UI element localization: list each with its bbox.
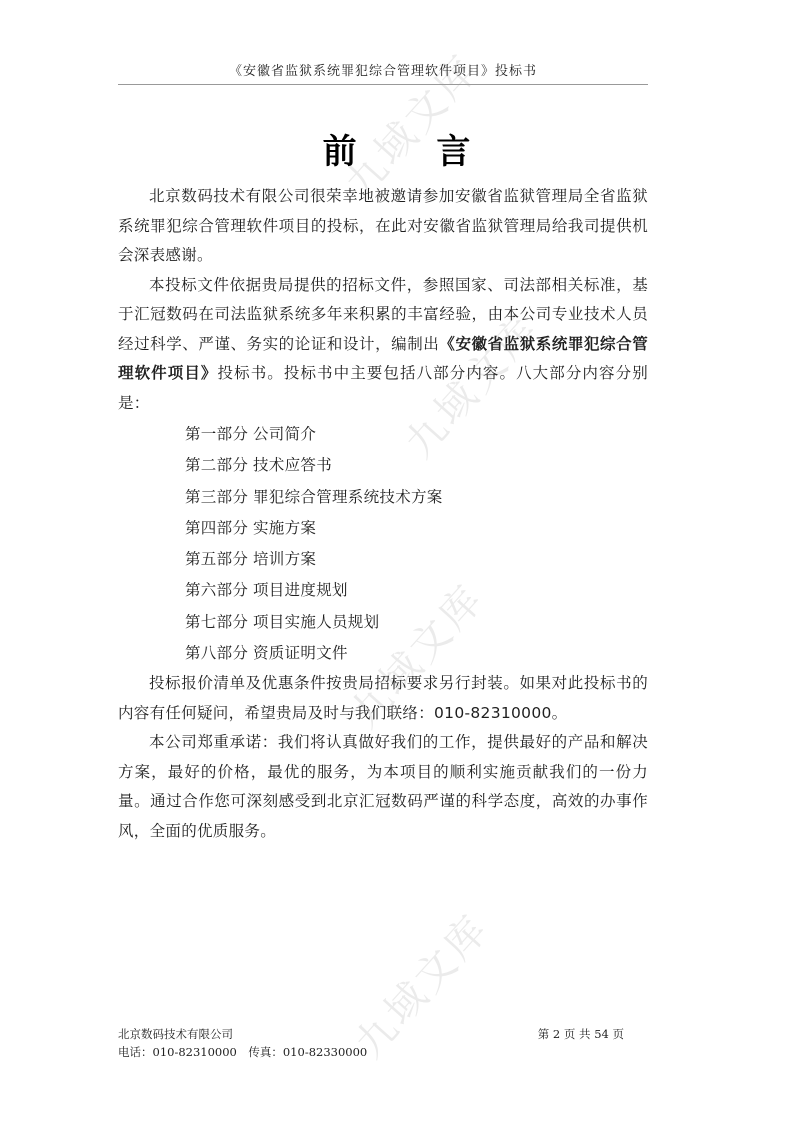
part-number: 第八部分 <box>185 638 253 669</box>
part-number: 第一部分 <box>185 419 253 450</box>
document-body: 北京数码技术有限公司很荣幸地被邀请参加安徽省监狱管理局全省监狱系统罪犯综合管理软… <box>118 182 648 846</box>
running-header: 《安徽省监狱系统罪犯综合管理软件项目》投标书 <box>118 60 648 79</box>
footer-contact: 电话：010-82310000 传真：010-82330000 <box>118 1043 648 1061</box>
part-name: 罪犯综合管理系统技术方案 <box>253 488 443 506</box>
page-number: 第 2 页 共 54 页 <box>538 1025 624 1043</box>
paragraph-commitment: 本公司郑重承诺：我们将认真做好我们的工作，提供最好的产品和解决方案，最好的价格，… <box>118 728 648 846</box>
paragraph-basis: 本投标文件依据贵局提供的招标文件，参照国家、司法部相关标准，基于汇冠数码在司法监… <box>118 271 648 419</box>
page-footer: 北京数码技术有限公司 第 2 页 共 54 页 电话：010-82310000 … <box>118 1025 648 1061</box>
part-number: 第三部分 <box>185 482 253 513</box>
part-number: 第六部分 <box>185 575 253 606</box>
part-number: 第四部分 <box>185 513 253 544</box>
part-name: 项目进度规划 <box>253 581 348 599</box>
header-divider <box>118 84 648 85</box>
part-number: 第七部分 <box>185 607 253 638</box>
list-item: 第二部分技术应答书 <box>185 450 648 481</box>
list-item: 第五部分培训方案 <box>185 544 648 575</box>
paragraph-pricing: 投标报价清单及优惠条件按贵局招标要求另行封装。如果对此投标书的内容有任何疑问，希… <box>118 669 648 728</box>
part-name: 资质证明文件 <box>253 644 348 662</box>
part-name: 培训方案 <box>253 550 316 568</box>
footer-company: 北京数码技术有限公司 <box>118 1025 233 1043</box>
part-name: 技术应答书 <box>253 456 332 474</box>
list-item: 第六部分项目进度规划 <box>185 575 648 606</box>
list-item: 第四部分实施方案 <box>185 513 648 544</box>
part-number: 第二部分 <box>185 450 253 481</box>
list-item: 第七部分项目实施人员规划 <box>185 607 648 638</box>
part-name: 公司简介 <box>253 425 316 443</box>
part-name: 项目实施人员规划 <box>253 613 379 631</box>
list-item: 第八部分资质证明文件 <box>185 638 648 669</box>
page-title: 前 言 <box>0 124 793 173</box>
list-item: 第一部分公司简介 <box>185 419 648 450</box>
paragraph-intro: 北京数码技术有限公司很荣幸地被邀请参加安徽省监狱管理局全省监狱系统罪犯综合管理软… <box>118 182 648 271</box>
part-name: 实施方案 <box>253 519 316 537</box>
part-number: 第五部分 <box>185 544 253 575</box>
parts-list: 第一部分公司简介 第二部分技术应答书 第三部分罪犯综合管理系统技术方案 第四部分… <box>118 419 648 669</box>
list-item: 第三部分罪犯综合管理系统技术方案 <box>185 482 648 513</box>
